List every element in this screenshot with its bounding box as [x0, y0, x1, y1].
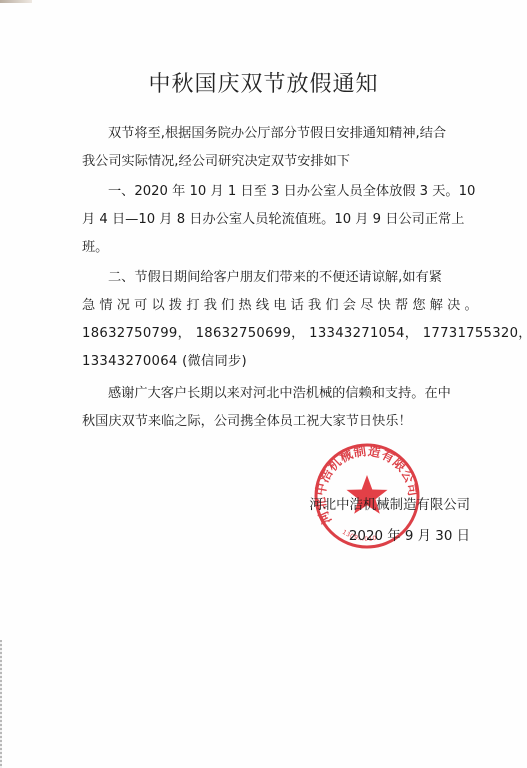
scan-edge-top [0, 0, 32, 3]
paragraph-schedule: 一、2020 年 10 月 1 日至 3 日办公室人员全体放假 3 天。10 月… [82, 178, 450, 262]
paragraph-intro: 双节将至,根据国务院办公厅部分节假日安排通知精神,结合 我公司实际情况,经公司研… [82, 120, 450, 176]
hotline-numbers: 18632750799， 18632750699， 13343271054， 1… [82, 320, 450, 348]
signature-company: 河北中浩机械制造有限公司 [309, 494, 470, 513]
paragraph-line: 二、节假日期间给客户朋友们带来的不便还请谅解,如有紧 [82, 264, 450, 292]
paragraph-line: 我公司实际情况,经公司研究决定双节安排如下 [82, 148, 450, 176]
paragraph-line: 双节将至,根据国务院办公厅部分节假日安排通知精神,结合 [82, 120, 450, 148]
hotline-wechat: 13343270064 (微信同步) [82, 348, 450, 376]
paragraph-hotline: 二、节假日期间给客户朋友们带来的不便还请谅解,如有紧 急情况可以拨打我们热线电话… [82, 264, 450, 376]
notice-title: 中秋国庆双节放假通知 [0, 67, 527, 98]
paragraph-line: 秋国庆双节来临之际，公司携全体员工祝大家节日快乐！ [82, 408, 450, 436]
paragraph-line: 感谢广大客户长期以来对河北中浩机械的信赖和支持。在中 [82, 380, 450, 408]
scan-edge-left [0, 640, 2, 768]
paragraph-line: 急情况可以拨打我们热线电话我们会尽快帮您解决。 [82, 292, 450, 320]
paragraph-line: 月 4 日—10 月 8 日办公室人员轮流值班。10 月 9 日公司正常上 [82, 206, 450, 234]
paragraph-line: 班。 [82, 234, 450, 262]
document-page: 中秋国庆双节放假通知 双节将至,根据国务院办公厅部分节假日安排通知精神,结合 我… [0, 0, 527, 768]
signature-date: 2020 年 9 月 30 日 [349, 525, 470, 544]
paragraph-line: 一、2020 年 10 月 1 日至 3 日办公室人员全体放假 3 天。10 [82, 178, 450, 206]
paragraph-thanks: 感谢广大客户长期以来对河北中浩机械的信赖和支持。在中 秋国庆双节来临之际，公司携… [82, 380, 450, 436]
